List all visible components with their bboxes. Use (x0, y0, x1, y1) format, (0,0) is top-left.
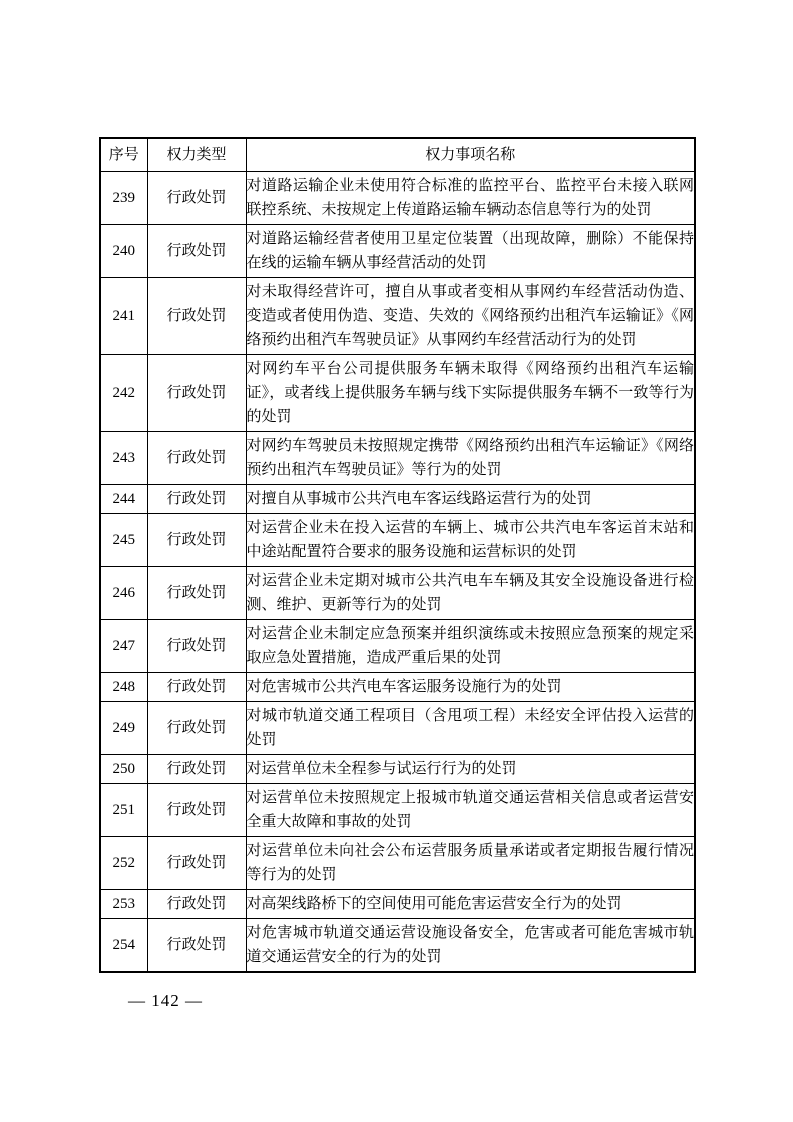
table-row: 241行政处罚对未取得经营许可，擅自从事或者变相从事网约车经营活动伪造、变造或者… (100, 278, 695, 355)
cell-type: 行政处罚 (147, 837, 246, 890)
document-page: 序号 权力类型 权力事项名称 239行政处罚对道路运输企业未使用符合标准的监控平… (0, 0, 793, 1122)
cell-seq: 249 (100, 702, 147, 755)
table-row: 253行政处罚对高架线路桥下的空间使用可能危害运营安全行为的处罚 (100, 890, 695, 919)
table-row: 245行政处罚对运营企业未在投入运营的车辆上、城市公共汽电车客运首末站和中途站配… (100, 514, 695, 567)
cell-type: 行政处罚 (147, 355, 246, 432)
cell-name: 对擅自从事城市公共汽电车客运线路运营行为的处罚 (246, 485, 695, 514)
cell-type: 行政处罚 (147, 172, 246, 225)
header-name: 权力事项名称 (246, 138, 695, 172)
table-row: 248行政处罚对危害城市公共汽电车客运服务设施行为的处罚 (100, 673, 695, 702)
cell-name: 对运营单位未向社会公布运营服务质量承诺或者定期报告履行情况等行为的处罚 (246, 837, 695, 890)
cell-seq: 246 (100, 567, 147, 620)
table-header-row: 序号 权力类型 权力事项名称 (100, 138, 695, 172)
cell-seq: 244 (100, 485, 147, 514)
cell-type: 行政处罚 (147, 485, 246, 514)
table-body: 239行政处罚对道路运输企业未使用符合标准的监控平台、监控平台未接入联网联控系统… (100, 172, 695, 973)
cell-type: 行政处罚 (147, 673, 246, 702)
power-items-table: 序号 权力类型 权力事项名称 239行政处罚对道路运输企业未使用符合标准的监控平… (99, 137, 696, 973)
cell-seq: 252 (100, 837, 147, 890)
cell-type: 行政处罚 (147, 432, 246, 485)
cell-name: 对城市轨道交通工程项目（含甩项工程）未经安全评估投入运营的处罚 (246, 702, 695, 755)
cell-name: 对危害城市公共汽电车客运服务设施行为的处罚 (246, 673, 695, 702)
cell-name: 对高架线路桥下的空间使用可能危害运营安全行为的处罚 (246, 890, 695, 919)
table-row: 240行政处罚对道路运输经营者使用卫星定位装置（出现故障，删除）不能保持在线的运… (100, 225, 695, 278)
table-row: 254行政处罚对危害城市轨道交通运营设施设备安全，危害或者可能危害城市轨道交通运… (100, 919, 695, 973)
cell-type: 行政处罚 (147, 919, 246, 973)
cell-type: 行政处罚 (147, 567, 246, 620)
cell-seq: 240 (100, 225, 147, 278)
cell-type: 行政处罚 (147, 890, 246, 919)
cell-name: 对运营单位未全程参与试运行行为的处罚 (246, 755, 695, 784)
cell-seq: 248 (100, 673, 147, 702)
cell-type: 行政处罚 (147, 278, 246, 355)
cell-name: 对运营企业未定期对城市公共汽电车车辆及其安全设施设备进行检测、维护、更新等行为的… (246, 567, 695, 620)
cell-seq: 242 (100, 355, 147, 432)
table-row: 252行政处罚对运营单位未向社会公布运营服务质量承诺或者定期报告履行情况等行为的… (100, 837, 695, 890)
cell-name: 对危害城市轨道交通运营设施设备安全，危害或者可能危害城市轨道交通运营安全的行为的… (246, 919, 695, 973)
cell-seq: 241 (100, 278, 147, 355)
header-seq: 序号 (100, 138, 147, 172)
cell-name: 对道路运输企业未使用符合标准的监控平台、监控平台未接入联网联控系统、未按规定上传… (246, 172, 695, 225)
cell-type: 行政处罚 (147, 755, 246, 784)
cell-seq: 247 (100, 620, 147, 673)
cell-seq: 250 (100, 755, 147, 784)
table-row: 251行政处罚对运营单位未按照规定上报城市轨道交通运营相关信息或者运营安全重大故… (100, 784, 695, 837)
table-row: 246行政处罚对运营企业未定期对城市公共汽电车车辆及其安全设施设备进行检测、维护… (100, 567, 695, 620)
cell-type: 行政处罚 (147, 620, 246, 673)
cell-seq: 253 (100, 890, 147, 919)
cell-name: 对未取得经营许可，擅自从事或者变相从事网约车经营活动伪造、变造或者使用伪造、变造… (246, 278, 695, 355)
cell-name: 对运营单位未按照规定上报城市轨道交通运营相关信息或者运营安全重大故障和事故的处罚 (246, 784, 695, 837)
table-row: 244行政处罚对擅自从事城市公共汽电车客运线路运营行为的处罚 (100, 485, 695, 514)
cell-seq: 245 (100, 514, 147, 567)
cell-type: 行政处罚 (147, 225, 246, 278)
cell-seq: 239 (100, 172, 147, 225)
cell-name: 对运营企业未在投入运营的车辆上、城市公共汽电车客运首末站和中途站配置符合要求的服… (246, 514, 695, 567)
page-number: — 142 — (128, 991, 203, 1011)
table-row: 250行政处罚对运营单位未全程参与试运行行为的处罚 (100, 755, 695, 784)
cell-name: 对运营企业未制定应急预案并组织演练或未按照应急预案的规定采取应急处置措施，造成严… (246, 620, 695, 673)
cell-seq: 254 (100, 919, 147, 973)
table-row: 242行政处罚对网约车平台公司提供服务车辆未取得《网络预约出租汽车运输证》，或者… (100, 355, 695, 432)
cell-type: 行政处罚 (147, 784, 246, 837)
table-row: 239行政处罚对道路运输企业未使用符合标准的监控平台、监控平台未接入联网联控系统… (100, 172, 695, 225)
cell-seq: 243 (100, 432, 147, 485)
cell-name: 对网约车平台公司提供服务车辆未取得《网络预约出租汽车运输证》，或者线上提供服务车… (246, 355, 695, 432)
cell-name: 对网约车驾驶员未按照规定携带《网络预约出租汽车运输证》《网络预约出租汽车驾驶员证… (246, 432, 695, 485)
header-type: 权力类型 (147, 138, 246, 172)
cell-name: 对道路运输经营者使用卫星定位装置（出现故障，删除）不能保持在线的运输车辆从事经营… (246, 225, 695, 278)
cell-type: 行政处罚 (147, 702, 246, 755)
table-row: 247行政处罚对运营企业未制定应急预案并组织演练或未按照应急预案的规定采取应急处… (100, 620, 695, 673)
cell-seq: 251 (100, 784, 147, 837)
cell-type: 行政处罚 (147, 514, 246, 567)
table-row: 249行政处罚对城市轨道交通工程项目（含甩项工程）未经安全评估投入运营的处罚 (100, 702, 695, 755)
table-row: 243行政处罚对网约车驾驶员未按照规定携带《网络预约出租汽车运输证》《网络预约出… (100, 432, 695, 485)
